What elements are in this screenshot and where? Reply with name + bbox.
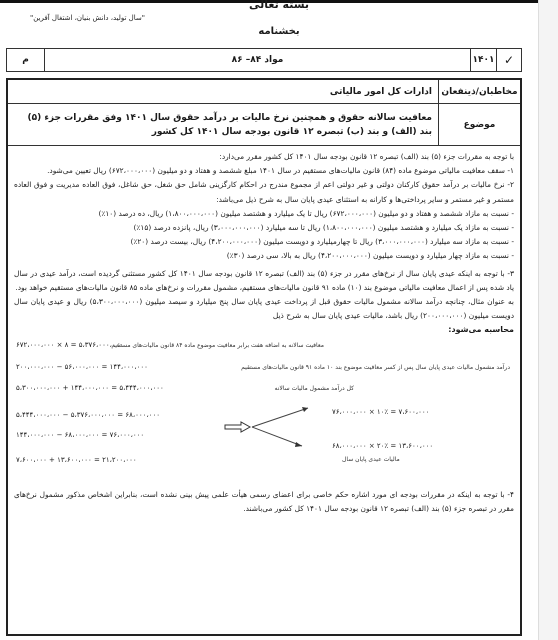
page-margin xyxy=(538,0,558,640)
year-slogan: "سال تولید، دانش بنیان، اشتغال آفرین" xyxy=(30,14,145,22)
branch-caption: مالیات عیدی پایان سال xyxy=(342,453,400,467)
meta-table: م مواد ۸۴– ۸۶ ۱۴۰۱ ✓ xyxy=(6,48,522,72)
calc-desc-1: معافیت سالانه به اضافه هفت برابر معافیت … xyxy=(111,339,324,353)
addressees-row: مخاطبان/ذینفعان ادارات کل امور مالیاتی xyxy=(8,80,520,104)
addressees-value: ادارات کل امور مالیاتی xyxy=(8,80,438,103)
branch-top-formula: ۷۶،۰۰۰،۰۰۰ × ۱۰٪ = ۷،۶۰۰،۰۰۰ xyxy=(332,405,429,419)
body-text: با توجه به مقررات جزء (۵) بند (الف) تبصر… xyxy=(8,146,520,520)
calc-title: محاسبه می‌شود: xyxy=(14,323,514,337)
circular-body-box: مخاطبان/ذینفعان ادارات کل امور مالیاتی م… xyxy=(6,78,522,636)
document-page: بسته تعالی "سال تولید، دانش بنیان، اشتغا… xyxy=(0,0,558,640)
doc-type-title: بخشنامه xyxy=(200,26,358,37)
calc-formula-2: ۲۰۰،۰۰۰،۰۰۰ − ۵۶،۰۰۰،۰۰۰ = ۱۴۴،۰۰۰،۰۰۰ xyxy=(16,360,148,374)
calc-formula-4: ۵،۴۴۴،۰۰۰،۰۰۰ − ۵،۳۷۶،۰۰۰،۰۰۰ = ۶۸،۰۰۰،۰… xyxy=(16,408,160,422)
example-paragraph: به عنوان مثال، چنانچه درآمد سالانه مشمول… xyxy=(14,295,514,323)
year-cell: ۱۴۰۱ xyxy=(471,49,497,71)
calc-formula-1: ۶۷۲،۰۰۰،۰۰۰ × ۸ = ۵،۳۷۶،۰۰۰،۰۰۰ xyxy=(16,338,123,352)
right-arrow-icon xyxy=(224,421,252,433)
addressees-label: مخاطبان/ذینفعان xyxy=(438,80,520,103)
branch-bottom-formula: ۶۸،۰۰۰،۰۰۰ × ۲۰٪ = ۱۳،۶۰۰،۰۰۰ xyxy=(332,439,433,453)
check-mark-icon: ✓ xyxy=(497,49,521,71)
package-title: بسته تعالی xyxy=(200,0,358,10)
calc-formula-6: ۷،۶۰۰،۰۰۰ + ۱۳،۶۰۰،۰۰۰ = ۲۱،۲۰۰،۰۰۰ xyxy=(16,453,137,467)
bracket-2: - نسبت به مازاد یک میلیارد و هشتصد میلیو… xyxy=(14,221,514,235)
item-4: ۴- با توجه به اینکه در مقررات بودجه ای م… xyxy=(14,488,514,516)
item-1: ۱- سقف معافیت مالیاتی موضوع ماده (۸۴) قا… xyxy=(14,164,514,178)
calc-formula-3: ۵،۳۰۰،۰۰۰،۰۰۰ + ۱۴۴،۰۰۰،۰۰۰ = ۵،۴۴۴،۰۰۰،… xyxy=(16,381,164,395)
branch-arrows-icon xyxy=(250,398,330,468)
intro-paragraph: با توجه به مقررات جزء (۵) بند (الف) تبصر… xyxy=(14,150,514,164)
subject-label: موضوع xyxy=(438,104,520,145)
calculation-block: ۶۷۲،۰۰۰،۰۰۰ × ۸ = ۵،۳۷۶،۰۰۰،۰۰۰ معافیت س… xyxy=(14,338,514,488)
page-code: م xyxy=(7,49,45,71)
calc-formula-5: ۱۴۴،۰۰۰،۰۰۰ − ۶۸،۰۰۰،۰۰۰ = ۷۶،۰۰۰،۰۰۰ xyxy=(16,428,144,442)
item-2: ۲- نرخ مالیات بر درآمد حقوق کارکنان دولت… xyxy=(14,178,514,206)
bracket-1: - نسبت به مازاد ششصد و هفتاد و دو میلیون… xyxy=(14,207,514,221)
articles-reference: مواد ۸۴– ۸۶ xyxy=(45,49,471,71)
subject-row: موضوع معافیت سالانه حقوق و همچنین نرخ ما… xyxy=(8,104,520,146)
subject-value: معافیت سالانه حقوق و همچنین نرخ مالیات ب… xyxy=(8,104,438,145)
item-3: ۳- با توجه به اینکه عیدی پایان سال از نر… xyxy=(14,267,514,295)
calc-desc-2: درآمد مشمول مالیات عیدی پایان سال پس از … xyxy=(241,361,510,375)
bracket-3: - نسبت به مازاد سه میلیارد (۳،۰۰۰،۰۰۰،۰۰… xyxy=(14,235,514,249)
calc-desc-3: کل درآمد مشمول مالیات سالانه xyxy=(275,382,354,396)
bracket-4: - نسبت به مازاد چهار میلیارد و دویست میل… xyxy=(14,249,514,263)
